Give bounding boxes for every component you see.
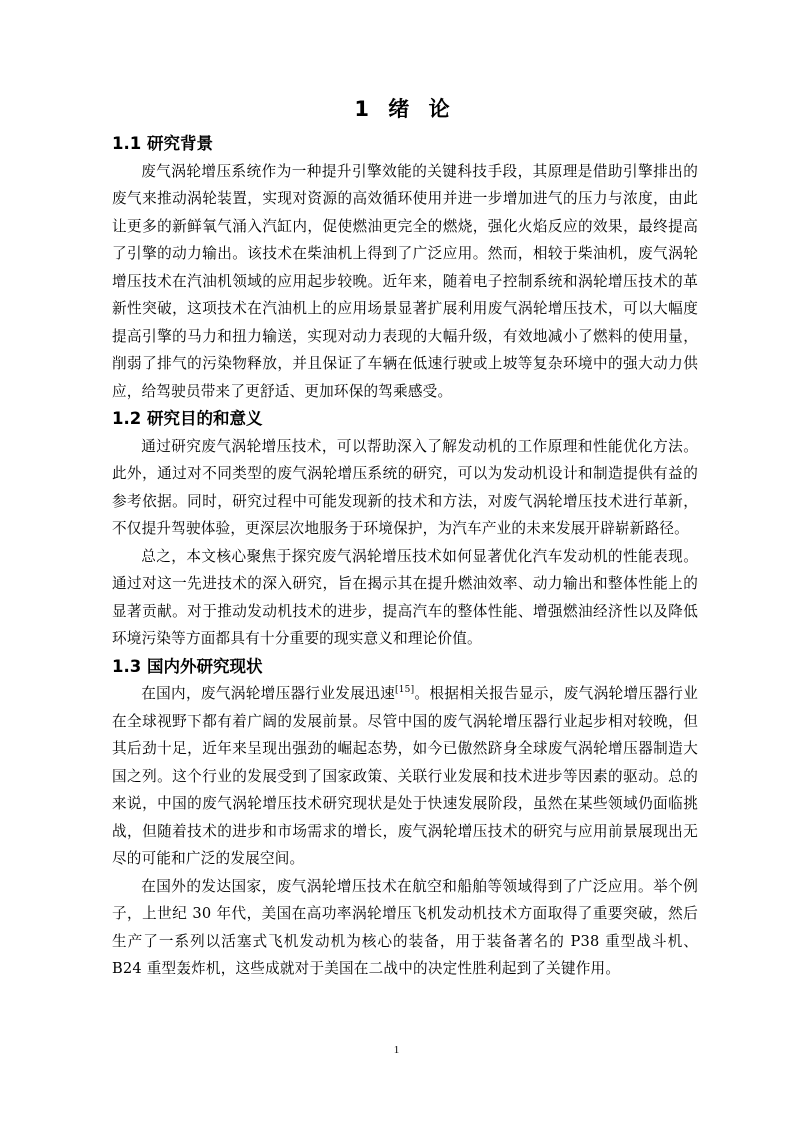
paragraph-text: 。根据相关报告显示，废气涡轮增压器行业在全球视野下都有着广阔的发展前景。尽管中国… <box>112 685 698 867</box>
section-heading-1-1: 1.1 研究背景 <box>112 130 698 158</box>
paragraph-significance: 总之，本文核心聚焦于探究废气涡轮增压技术如何显著优化汽车发动机的性能表现。通过对… <box>112 543 698 653</box>
paragraph-foreign-status: 在国外的发达国家，废气涡轮增压技术在航空和船舶等领域得到了广泛应用。举个例子，上… <box>112 873 698 983</box>
document-page: 1 绪 论 1.1 研究背景 废气涡轮增压系统作为一种提升引擎效能的关键科技手段… <box>112 92 698 983</box>
paragraph-domestic-status: 在国内，废气涡轮增压器行业发展迅速[15]。根据相关报告显示，废气涡轮增压器行业… <box>112 680 698 873</box>
page-number: 1 <box>0 1044 793 1056</box>
section-heading-1-3: 1.3 国内外研究现状 <box>112 653 698 681</box>
paragraph-background: 废气涡轮增压系统作为一种提升引擎效能的关键科技手段，其原理是借助引擎排出的废气来… <box>112 158 698 406</box>
section-heading-1-2: 1.2 研究目的和意义 <box>112 405 698 433</box>
paragraph-text: 在国内，废气涡轮增压器行业发展迅速 <box>141 685 395 702</box>
chapter-title: 1 绪 论 <box>112 92 698 126</box>
citation-reference[interactable]: [15] <box>395 685 414 695</box>
paragraph-purpose: 通过研究废气涡轮增压技术，可以帮助深入了解发动机的工作原理和性能优化方法。此外，… <box>112 433 698 543</box>
